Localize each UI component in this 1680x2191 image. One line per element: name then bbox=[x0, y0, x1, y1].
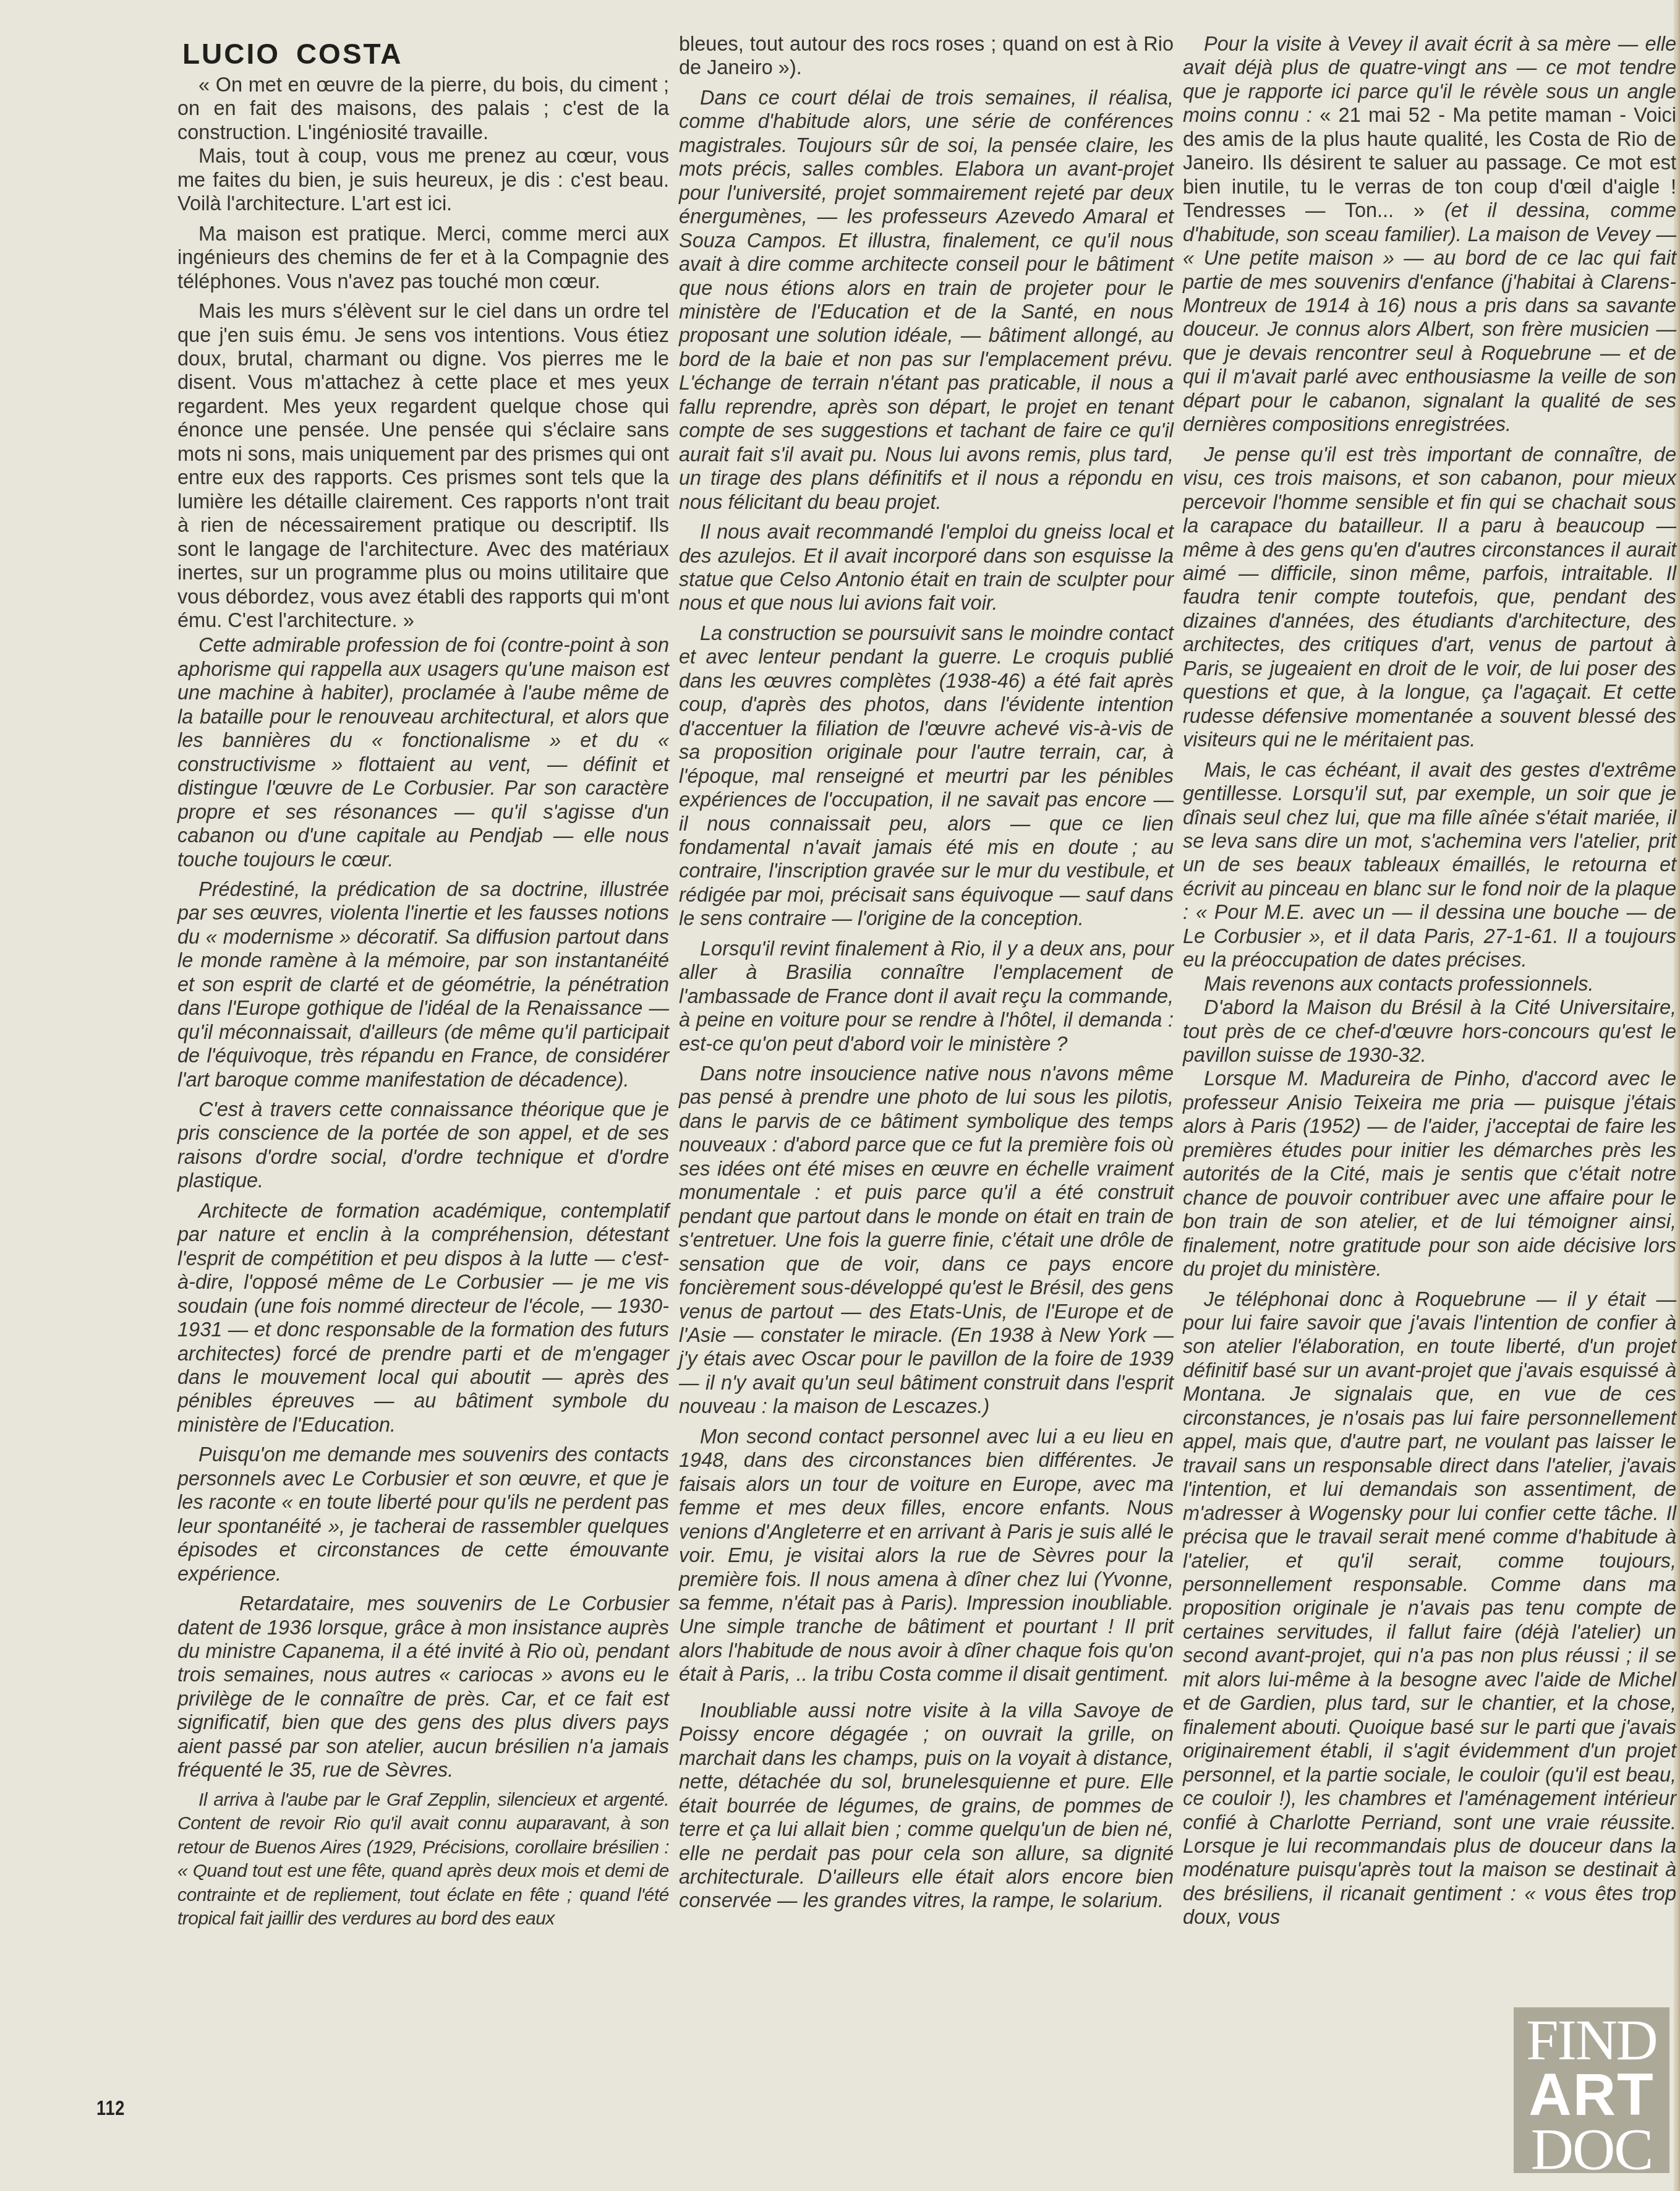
paragraph: Puisqu'on me demande mes souvenirs des c… bbox=[177, 1443, 669, 1586]
paragraph: Lorsqu'il revint finalement à Rio, il y … bbox=[679, 937, 1174, 1056]
paragraph: Inoubliable aussi notre visite à la vill… bbox=[679, 1699, 1174, 1913]
paragraph: Dans notre insoucience native nous n'avo… bbox=[679, 1062, 1174, 1419]
findartdoc-watermark: FIND ART DOC bbox=[1514, 2007, 1669, 2173]
paragraph: D'abord la Maison du Brésil à la Cité Un… bbox=[1183, 996, 1676, 1067]
paragraph: Lorsque M. Madureira de Pinho, d'accord … bbox=[1183, 1067, 1676, 1281]
paragraph: C'est à travers cette connaissance théor… bbox=[177, 1098, 669, 1193]
paragraph: Retardataire, mes souvenirs de Le Corbus… bbox=[177, 1592, 669, 1782]
paragraph: Dans ce court délai de trois semaines, i… bbox=[679, 86, 1174, 514]
paragraph: Mais revenons aux contacts professionnel… bbox=[1183, 972, 1676, 996]
paragraph: Il nous avait recommandé l'emploi du gne… bbox=[679, 520, 1174, 615]
paragraph: Mais les murs s'élèvent sur le ciel dans… bbox=[177, 299, 669, 632]
paragraph: Je téléphonai donc à Roquebrune — il y é… bbox=[1183, 1288, 1676, 1929]
watermark-line-find: FIND bbox=[1514, 2011, 1669, 2069]
paragraph: La construction se poursuivit sans le mo… bbox=[679, 621, 1174, 931]
paragraph: Ma maison est pratique. Merci, comme mer… bbox=[177, 222, 669, 293]
paragraph: Mais, tout à coup, vous me prenez au cœu… bbox=[177, 144, 669, 215]
paragraph: Architecte de formation académique, cont… bbox=[177, 1199, 669, 1437]
article-title: LUCIO COSTA bbox=[182, 37, 403, 70]
text-column-1: « On met en œuvre de la pierre, du bois,… bbox=[177, 73, 669, 1937]
paragraph: Cette admirable profession de foi (contr… bbox=[177, 633, 669, 871]
text-column-3: Pour la visite à Vevey il avait écrit à … bbox=[1183, 32, 1676, 1936]
watermark-line-doc: DOC bbox=[1514, 2120, 1669, 2173]
paragraph: Prédestiné, la prédication de sa doctrin… bbox=[177, 878, 669, 1091]
text-column-2: bleues, tout autour des rocs roses ; qua… bbox=[679, 32, 1174, 1919]
paragraph: Mais, le cas échéant, il avait des geste… bbox=[1183, 758, 1676, 972]
paragraph-tail: (et il dessina, comme d'habitude, son sc… bbox=[1183, 199, 1676, 435]
paragraph: Pour la visite à Vevey il avait écrit à … bbox=[1183, 32, 1676, 437]
paragraph: Il arriva à l'aube par le Graf Zepplin, … bbox=[177, 1788, 669, 1931]
paragraph: Mon second contact personnel avec lui a … bbox=[679, 1425, 1174, 1686]
paragraph: bleues, tout autour des rocs roses ; qua… bbox=[679, 32, 1174, 80]
paragraph: « On met en œuvre de la pierre, du bois,… bbox=[177, 73, 669, 144]
paragraph: Je pense qu'il est très important de con… bbox=[1183, 443, 1676, 752]
page-number: 112 bbox=[96, 2096, 125, 2120]
